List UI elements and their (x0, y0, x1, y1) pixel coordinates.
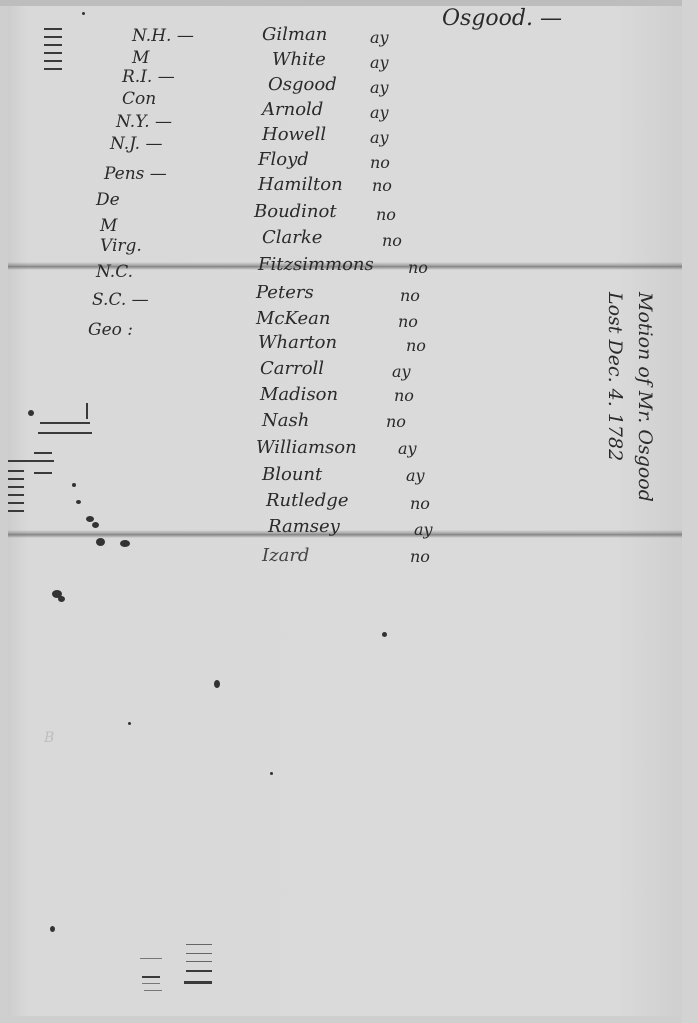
delegate-vote: ay (392, 362, 411, 381)
delegate-vote: no (376, 205, 396, 224)
delegate-vote: no (370, 153, 390, 172)
delegate-vote: ay (406, 466, 425, 485)
delegate-vote: ay (370, 53, 389, 72)
delegate-name: Peters (256, 282, 314, 303)
delegate-name: Floyd (258, 149, 309, 170)
delegate-vote: no (372, 176, 392, 195)
document-heading: Osgood. — (442, 6, 562, 31)
delegate-name: Rutledge (266, 490, 349, 511)
delegate-vote: no (410, 494, 430, 513)
delegate-vote: no (408, 258, 428, 277)
state-label: Con (122, 89, 156, 109)
delegate-name: Fitzsimmons (258, 254, 374, 275)
delegate-name: Blount (262, 464, 322, 485)
state-label: N.Y. — (116, 112, 172, 132)
delegate-vote: no (398, 312, 418, 331)
delegate-vote: no (406, 336, 426, 355)
delegate-vote: ay (398, 439, 417, 458)
delegate-vote: ay (370, 103, 389, 122)
delegate-name: White (272, 49, 326, 70)
delegate-name: Nash (262, 410, 309, 431)
delegate-name: Williamson (256, 437, 357, 458)
scan-right-edge (682, 0, 698, 1023)
state-label: M (100, 216, 117, 236)
delegate-vote: no (382, 231, 402, 250)
fold-line-lower (8, 530, 682, 538)
state-label: M (132, 48, 149, 68)
delegate-name: Howell (262, 124, 326, 145)
bleedthrough-mark: B (44, 730, 54, 746)
delegate-name: Ramsey (268, 516, 340, 537)
delegate-name: Wharton (258, 332, 337, 353)
delegate-name: Clarke (262, 227, 322, 248)
delegate-name: Gilman (262, 24, 327, 45)
docket-endorsement: Motion of Mr. Osgood Lost Dec. 4. 1782 (600, 292, 660, 502)
delegate-vote: ay (370, 128, 389, 147)
state-label: Pens — (104, 164, 167, 184)
state-label: De (96, 190, 120, 210)
delegate-vote: no (394, 386, 414, 405)
delegate-name: McKean (256, 308, 330, 329)
delegate-name: Osgood (268, 74, 337, 95)
delegate-name: Carroll (260, 358, 324, 379)
delegate-vote: ay (414, 520, 433, 539)
delegate-vote: no (400, 286, 420, 305)
state-label: Virg. (100, 236, 142, 256)
endorsement-line-1: Motion of Mr. Osgood (630, 292, 660, 502)
delegate-name: Boudinot (254, 201, 337, 222)
delegate-vote: no (386, 412, 406, 431)
delegate-vote: ay (370, 28, 389, 47)
manuscript-page (8, 6, 682, 1016)
state-label: R.I. — (122, 67, 175, 87)
state-label: N.J. — (110, 134, 163, 154)
delegate-name: Izard (262, 545, 309, 566)
state-label: N.H. — (132, 26, 194, 46)
state-label: N.C. (96, 262, 133, 282)
delegate-name: Hamilton (258, 174, 343, 195)
state-label: Geo : (88, 320, 133, 340)
delegate-vote: no (410, 547, 430, 566)
endorsement-line-2: Lost Dec. 4. 1782 (600, 292, 630, 502)
delegate-name: Arnold (262, 99, 323, 120)
delegate-name: Madison (260, 384, 338, 405)
delegate-vote: ay (370, 78, 389, 97)
state-label: S.C. — (92, 290, 149, 310)
